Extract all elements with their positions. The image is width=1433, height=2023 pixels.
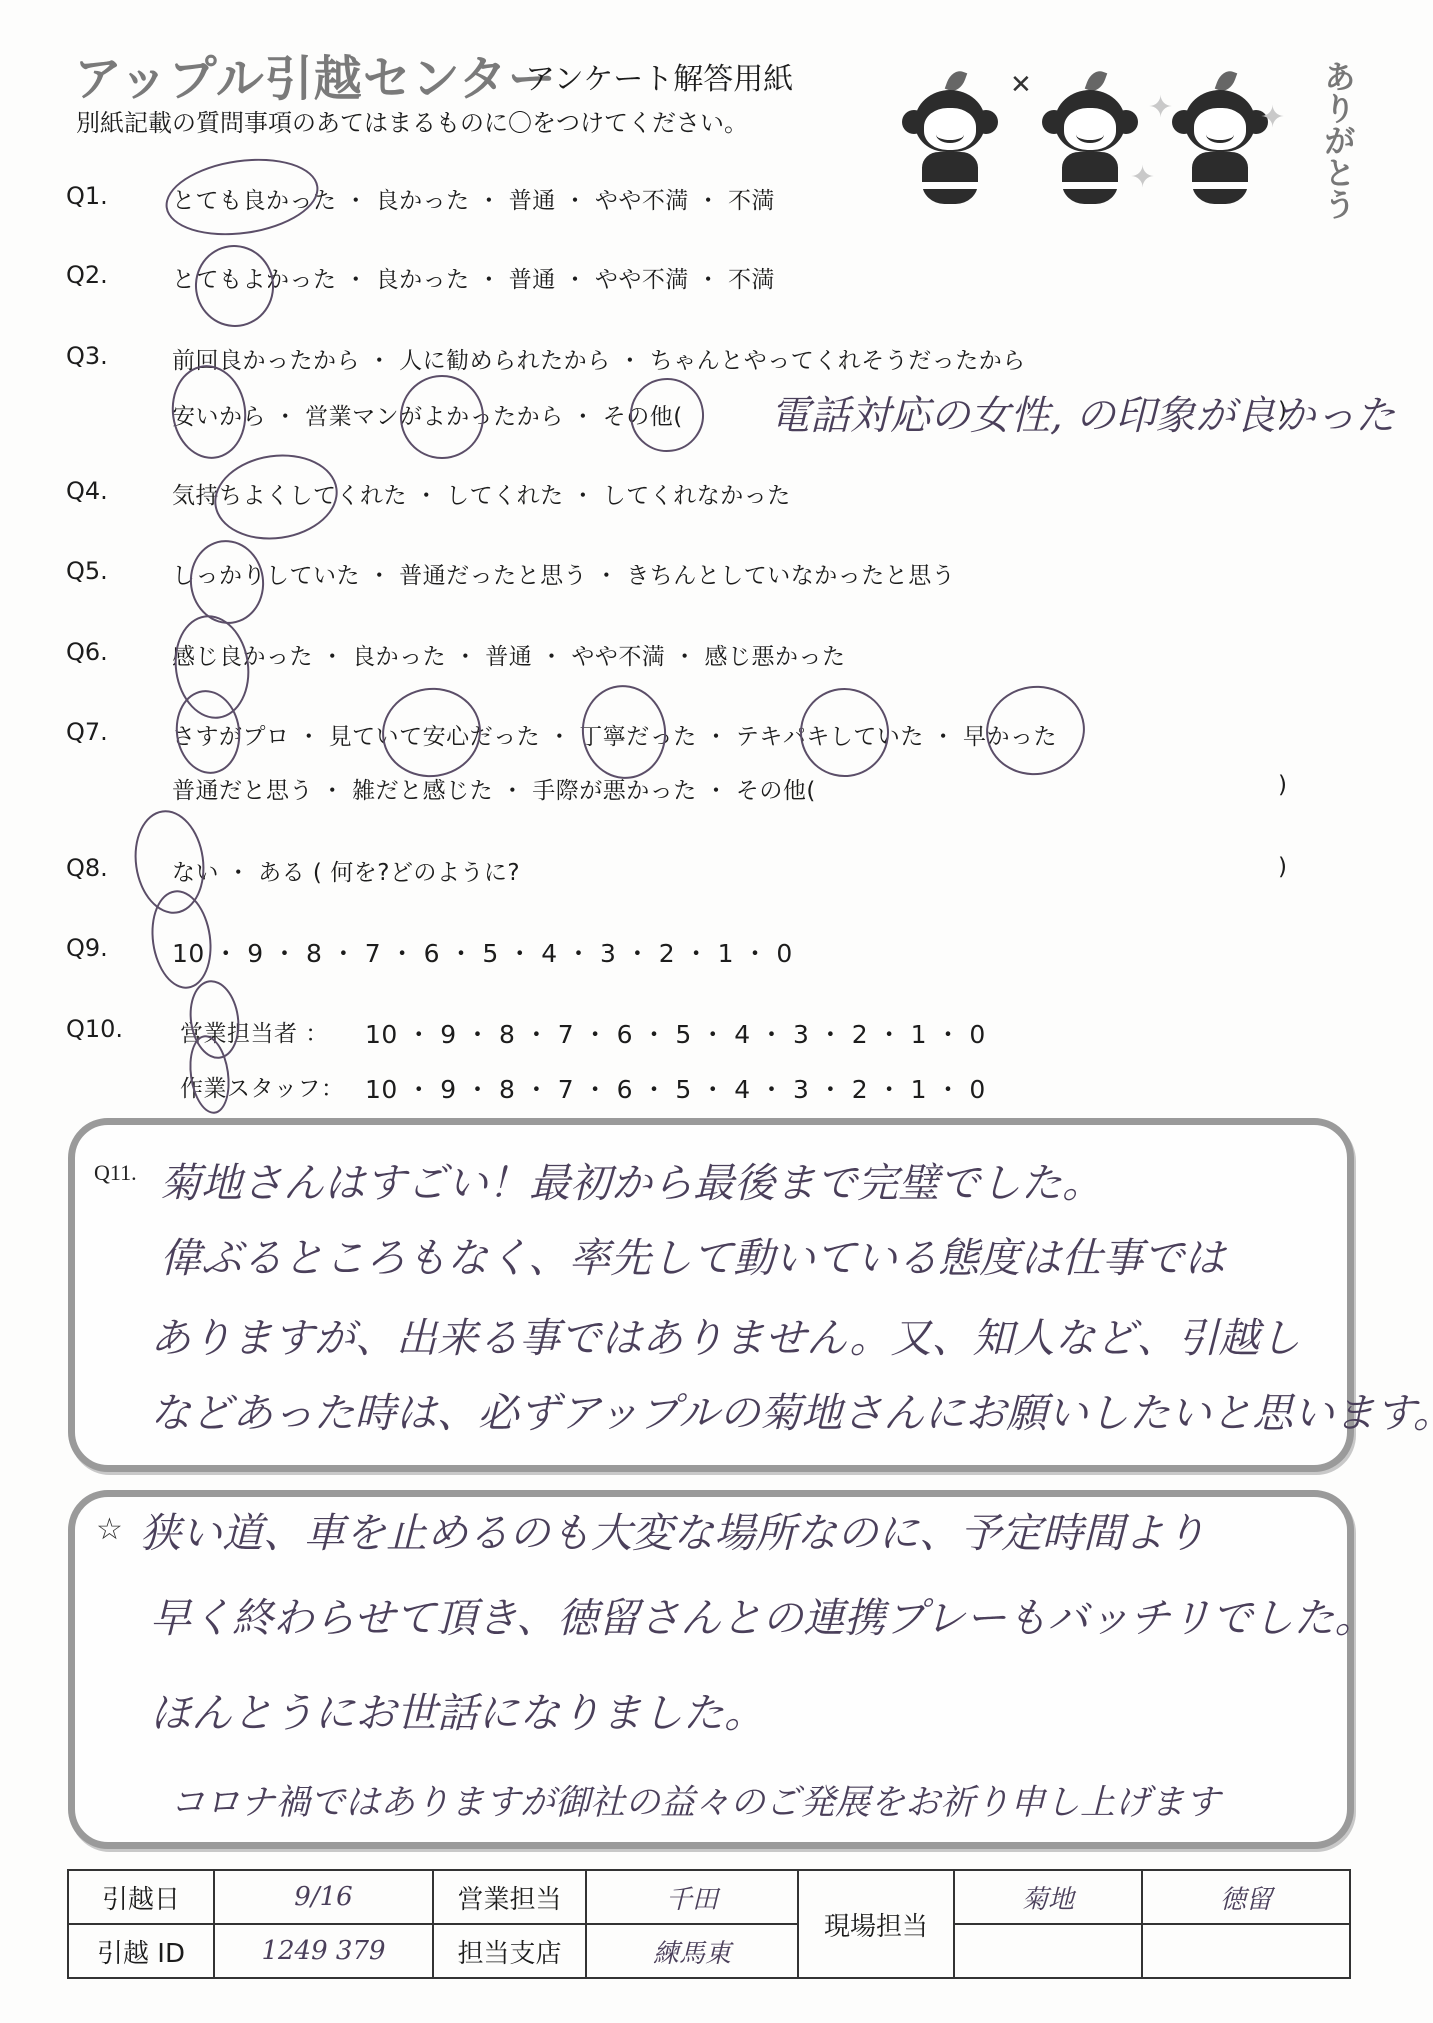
- selection-circle: [376, 682, 486, 784]
- site-staff-1[interactable]: 菊地: [954, 1870, 1142, 1924]
- q11-line-3: ありますが、出来る事ではありません。又、知人など、引越し: [150, 1305, 1300, 1364]
- site-staff-4[interactable]: [1142, 1924, 1350, 1978]
- move-id-label: 引越 ID: [68, 1924, 214, 1978]
- sales-rep-value[interactable]: 千田: [586, 1870, 798, 1924]
- selection-circle: [625, 373, 709, 457]
- sparkle-icon: ✦: [1260, 100, 1285, 135]
- selection-circle: [794, 682, 895, 783]
- mascot-illustration: ✕ ✦ ✦ ✦: [880, 50, 1350, 250]
- mascot-smile-icon: [1170, 70, 1270, 220]
- sparkle-icon: ✦: [1130, 160, 1155, 195]
- q3-other-text[interactable]: 電話対応の女性, の印象が良かった: [770, 384, 1395, 441]
- extra-line-3: ほんとうにお世話になりました。: [150, 1680, 765, 1739]
- q10-staff-scale[interactable]: 10 ・ 9 ・ 8 ・ 7 ・ 6 ・ 5 ・ 4 ・ 3 ・ 2 ・ 1 ・…: [365, 1070, 986, 1106]
- selection-circle: [161, 150, 324, 245]
- q8-options[interactable]: ない ・ ある ( 何を?どのように?: [172, 854, 520, 887]
- sales-rep-label: 営業担当: [433, 1870, 586, 1924]
- selection-circle: [576, 680, 672, 785]
- mascot-blush-icon: [1040, 70, 1140, 220]
- q7-close-paren: ): [1278, 772, 1287, 798]
- branch-value[interactable]: 練馬東: [586, 1924, 798, 1978]
- q9-scale[interactable]: 10 ・ 9 ・ 8 ・ 7 ・ 6 ・ 5 ・ 4 ・ 3 ・ 2 ・ 1 ・…: [172, 934, 793, 970]
- selection-circle: [209, 447, 343, 547]
- move-date-value[interactable]: 9/16: [214, 1870, 433, 1924]
- star-icon: ☆: [96, 1512, 123, 1547]
- q9-label: Q9.: [66, 934, 108, 962]
- extra-line-4: コロナ禍ではありますが御社の益々のご発展をお祈り申し上げます: [170, 1775, 1220, 1825]
- selection-circle: [395, 370, 490, 465]
- q5-label: Q5.: [66, 557, 108, 585]
- company-name: アップル引越センター: [74, 40, 557, 109]
- q1-label: Q1.: [66, 182, 108, 210]
- site-staff-2[interactable]: 徳留: [1142, 1870, 1350, 1924]
- instruction-text: 別紙記載の質問事項のあてはまるものに〇をつけてください。: [76, 103, 748, 138]
- move-id-value[interactable]: 1249 379: [214, 1924, 433, 1978]
- q10-label: Q10.: [66, 1015, 123, 1043]
- q10-sales-scale[interactable]: 10 ・ 9 ・ 8 ・ 7 ・ 6 ・ 5 ・ 4 ・ 3 ・ 2 ・ 1 ・…: [365, 1015, 986, 1051]
- q2-label: Q2.: [66, 261, 108, 289]
- mascot-caption: ありがとう: [1315, 60, 1361, 220]
- site-staff-3[interactable]: [954, 1924, 1142, 1978]
- q6-options[interactable]: 感じ良かった ・ 良かった ・ 普通 ・ やや不満 ・ 感じ悪かった: [172, 638, 846, 671]
- extra-line-2: 早く終わらせて頂き、徳留さんとの連携プレーもバッチリでした。: [150, 1585, 1376, 1644]
- selection-circle: [185, 535, 270, 628]
- q11-label: Q11.: [94, 1160, 137, 1186]
- q3-label: Q3.: [66, 342, 108, 370]
- q11-line-1: 菊地さんはすごい！最初から最後まで完璧でした。: [160, 1150, 1103, 1209]
- q3-options-line1[interactable]: 前回良かったから ・ 人に勧められたから ・ ちゃんとやってくれそうだったから: [172, 342, 1026, 375]
- selection-circle: [190, 240, 280, 332]
- q4-label: Q4.: [66, 477, 108, 505]
- form-title: アンケート解答用紙: [525, 54, 793, 98]
- q7-label: Q7.: [66, 718, 108, 746]
- q11-line-4: などあった時は、必ずアップルの菊地さんにお願いしたいと思います。: [150, 1380, 1433, 1439]
- move-info-table: 引越日 9/16 営業担当 千田 現場担当 菊地 徳留 引越 ID 1249 3…: [67, 1869, 1351, 1979]
- branch-label: 担当支店: [433, 1924, 586, 1978]
- move-date-label: 引越日: [68, 1870, 214, 1924]
- q11-line-2: 偉ぶるところもなく、率先して動いている態度は仕事では: [160, 1225, 1225, 1284]
- q7-options-line2[interactable]: 普通だと思う ・ 雑だと感じた ・ 手際が悪かった ・ その他(: [172, 772, 816, 805]
- q6-label: Q6.: [66, 638, 108, 666]
- sparkle-icon: ✕: [1010, 70, 1032, 100]
- q5-options[interactable]: しっかりしていた ・ 普通だったと思う ・ きちんとしていなかったと思う: [172, 557, 955, 590]
- selection-circle: [980, 680, 1090, 782]
- extra-line-1: 狭い道、車を止めるのも大変な場所なのに、予定時間より: [140, 1500, 1206, 1559]
- mascot-wink-icon: [900, 70, 1000, 220]
- selection-circle: [166, 360, 252, 463]
- q8-label: Q8.: [66, 854, 108, 882]
- q8-close-paren: ): [1278, 854, 1287, 880]
- site-staff-label: 現場担当: [798, 1870, 954, 1978]
